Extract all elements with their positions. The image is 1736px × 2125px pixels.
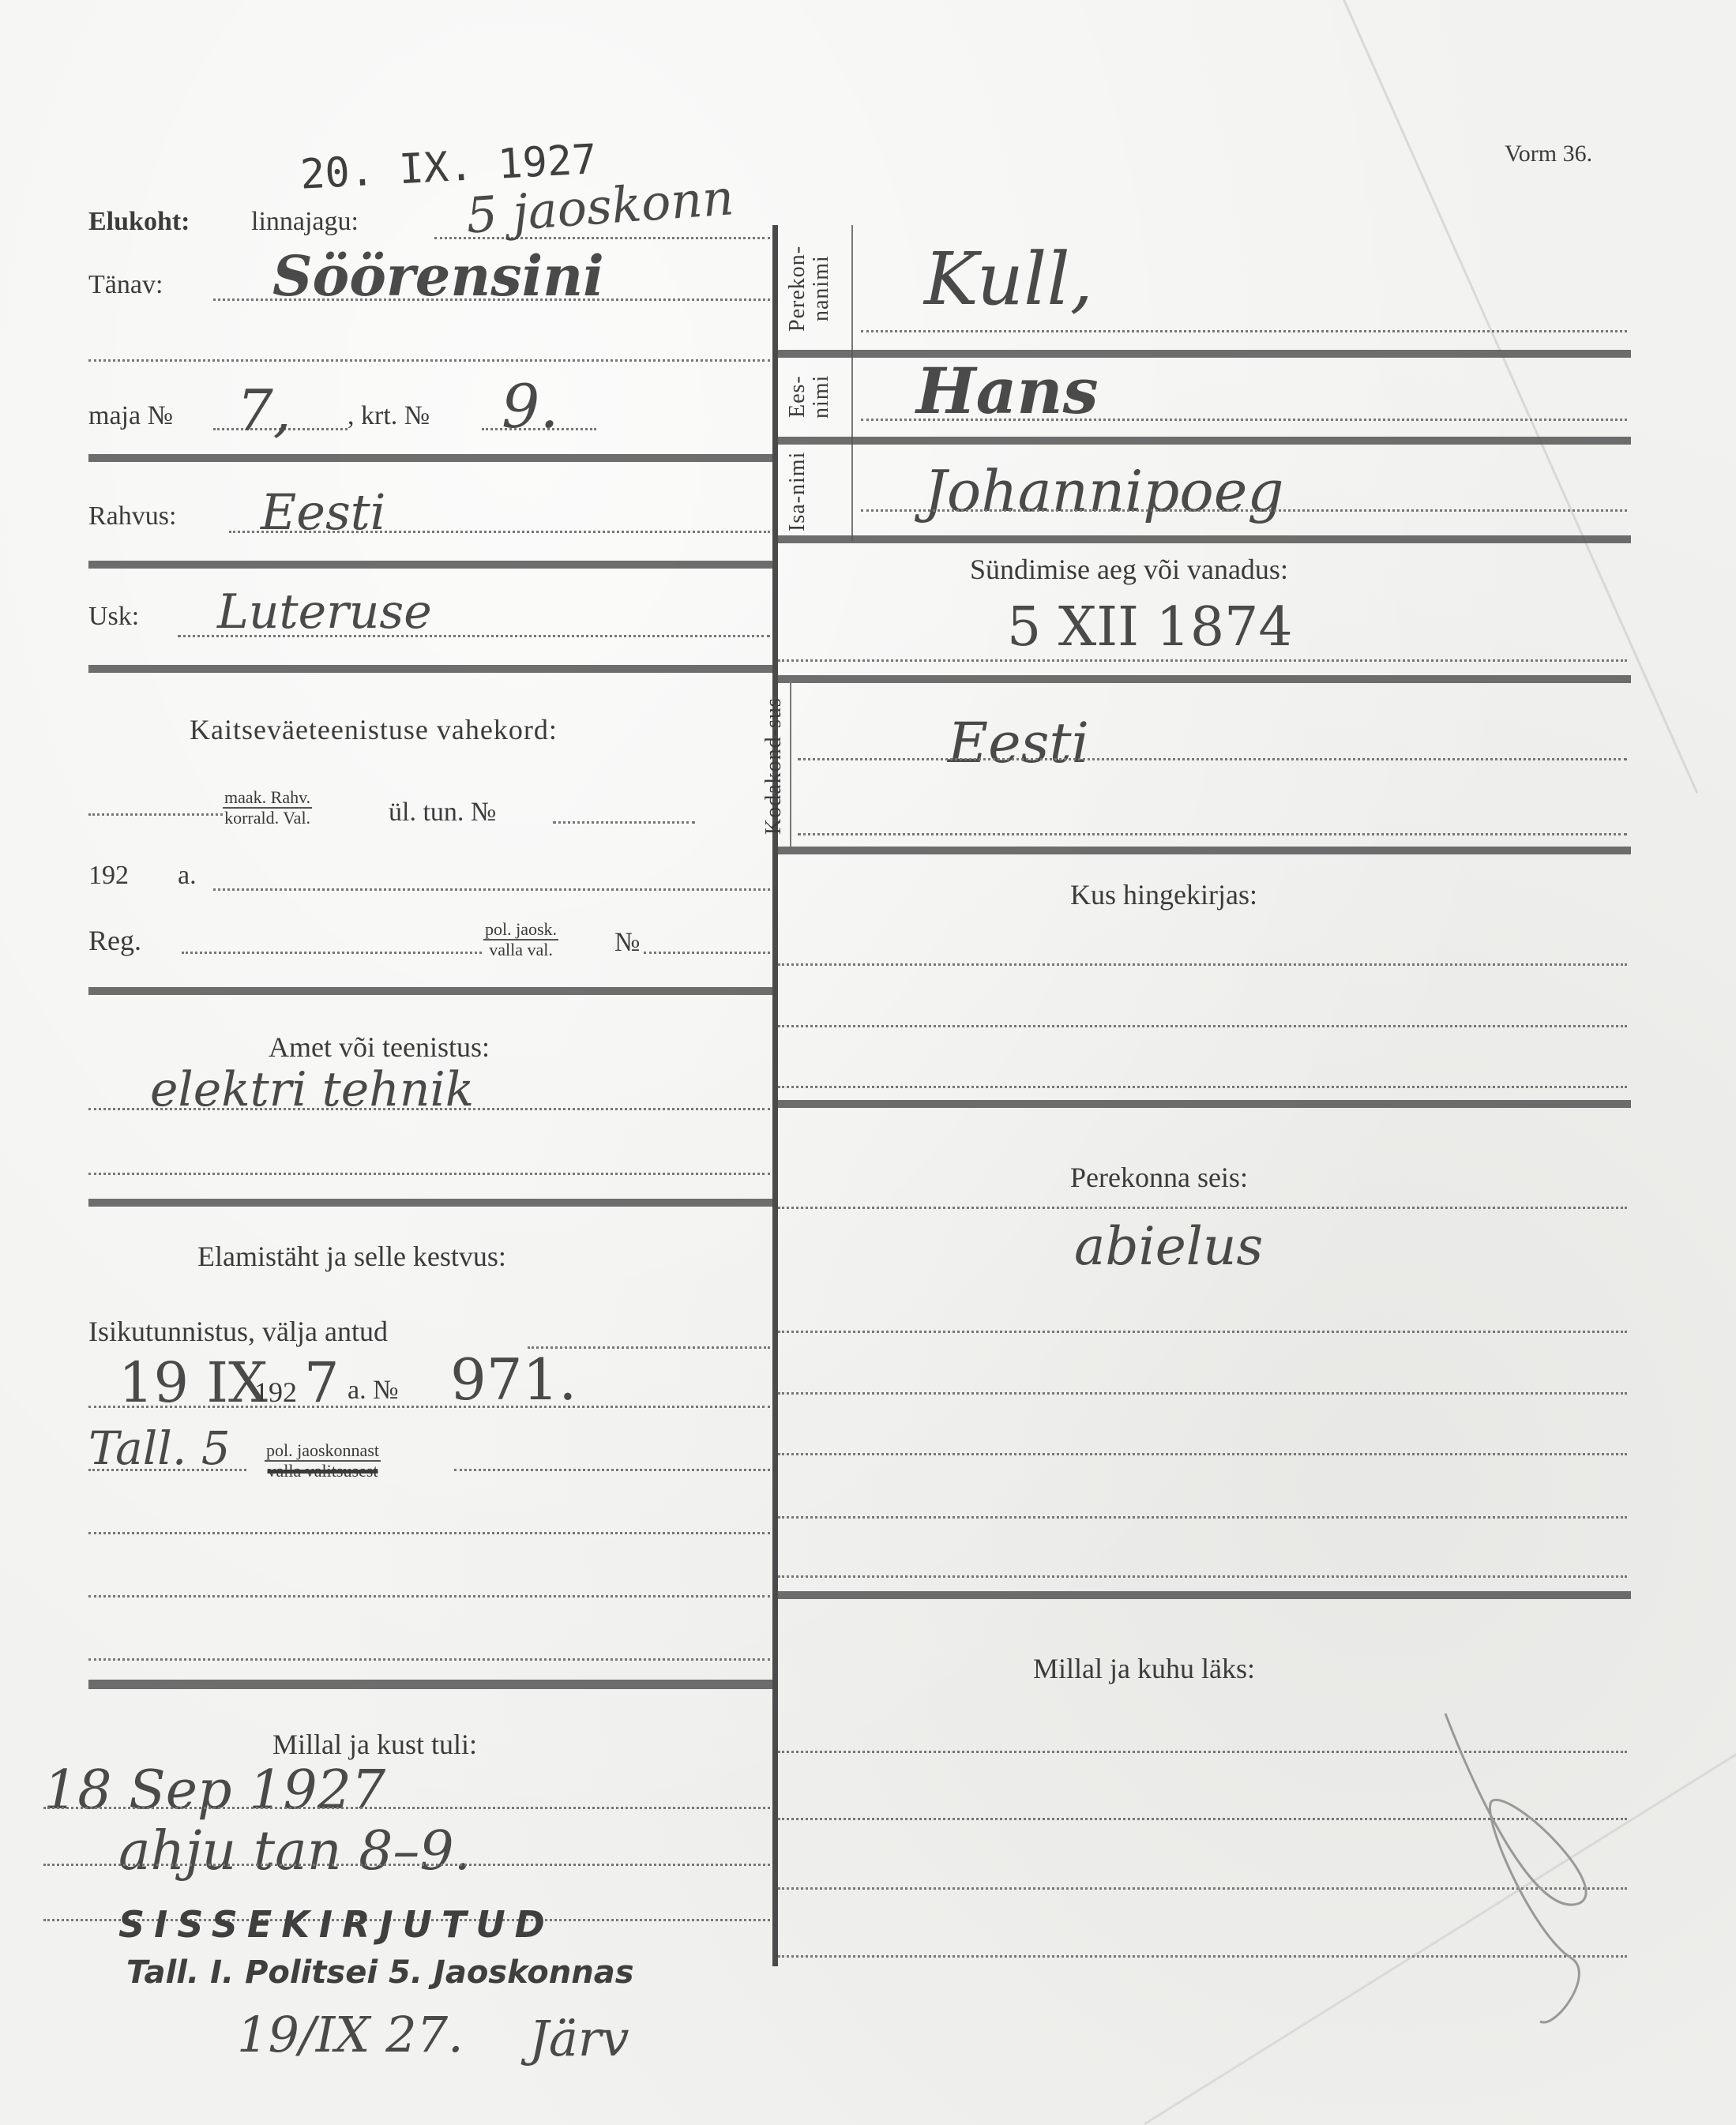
perekonnanimi-value[interactable]: Kull, [924, 237, 1093, 321]
reg-no-line [644, 952, 770, 954]
year-label: 192 [88, 861, 129, 891]
divider [88, 454, 772, 462]
reg-label: Reg. [88, 924, 141, 957]
isik-issuer[interactable]: Tall. 5 [88, 1421, 231, 1475]
divider [778, 1100, 1631, 1108]
linnajagu-label: linnajagu: [251, 207, 359, 237]
reg-line [182, 952, 482, 954]
rahvus-value[interactable]: Eesti [261, 483, 386, 541]
amet-heading: Amet või teenistus: [269, 1031, 490, 1064]
maja-label: maja № [88, 401, 173, 431]
year-line [213, 888, 770, 891]
divider [778, 847, 1631, 854]
perekonna-heading: Perekonna seis: [1070, 1161, 1248, 1194]
krt-value[interactable]: 9. [502, 371, 559, 441]
divider [88, 665, 772, 673]
divider [88, 987, 772, 995]
perekonna-line-2 [778, 1331, 1627, 1333]
perekonna-value[interactable]: abielus [1074, 1216, 1263, 1277]
reg-frac-bottom: valla val. [489, 940, 553, 959]
tanav-line-2 [88, 359, 770, 362]
perekonna-line-3 [778, 1392, 1627, 1395]
divider [778, 675, 1631, 683]
perekonna-line-4 [778, 1453, 1627, 1455]
isik-line-2a [88, 1469, 246, 1471]
kaitse-frac-bottom: korrald. Val. [224, 809, 310, 828]
isanimi-label: Isa-nimi [786, 446, 849, 537]
divider [778, 437, 1631, 445]
isanimi-line [861, 509, 1627, 512]
laks-heading: Millal ja kuhu läks: [1033, 1652, 1255, 1685]
registration-stamp-title: SISSEKIRJUTUD [118, 1903, 554, 1946]
isik-year-prefix: 192 [254, 1376, 297, 1409]
registration-stamp-date: 19/IX 27. [237, 2006, 464, 2063]
isik-line-5 [88, 1658, 770, 1661]
divider [778, 1591, 1631, 1599]
rahvus-label: Rahvus: [88, 501, 176, 531]
ul-tun-line [553, 821, 695, 824]
kodakondsus-value[interactable]: Eesti [948, 711, 1089, 775]
reg-no-label: № [614, 928, 640, 958]
tuli-line-1[interactable]: 18 Sep 1927 [43, 1759, 385, 1822]
sundimise-value[interactable]: 5 XII 1874 [1007, 596, 1293, 659]
perekonna-line-6 [778, 1575, 1627, 1578]
tuli-heading: Millal ja kust tuli: [272, 1728, 477, 1761]
isik-fraction: pol. jaoskonnastvalla valitsusest [265, 1441, 381, 1481]
tuli-line-2-rule [43, 1864, 770, 1866]
usk-value[interactable]: Luteruse [217, 584, 432, 640]
isikutunnistus-label: Isikutunnistus, välja antud [88, 1315, 388, 1348]
isanimi-value[interactable]: Johannipoeg [924, 458, 1283, 524]
tuli-line-1-rule [43, 1807, 770, 1809]
ul-tun-label: ül. tun. № [389, 798, 496, 828]
perekonna-line-5 [778, 1516, 1627, 1519]
usk-label: Usk: [88, 602, 139, 632]
hingekirjas-line-3 [778, 1086, 1627, 1088]
divider [778, 535, 1631, 543]
isik-number[interactable]: 971. [450, 1346, 577, 1413]
perekonna-line-1 [778, 1207, 1627, 1209]
amet-value[interactable]: elektri tehnik [150, 1062, 474, 1117]
sundimise-heading: Sündimise aeg või vanadus: [970, 553, 1288, 586]
tuli-line-2[interactable]: ahju tan 8–9. [118, 1820, 471, 1883]
isik-frac-top: pol. jaoskonnast [265, 1441, 381, 1462]
isik-line-4 [88, 1595, 770, 1598]
tanav-label: Tänav: [88, 270, 163, 300]
reg-frac-top: pol. jaosk. [483, 920, 558, 940]
registration-stamp-office: Tall. I. Politsei 5. Jaoskonnas [126, 1954, 634, 1991]
isik-no-label: a. № [348, 1376, 399, 1406]
column-divider [772, 225, 778, 1966]
kodakondsus-label: Kodakond-sus [762, 687, 825, 845]
maja-value[interactable]: 7, [237, 377, 291, 444]
divider [88, 1199, 772, 1207]
eesnimi-value[interactable]: Hans [916, 354, 1099, 428]
isik-line-2b [454, 1469, 770, 1471]
registration-signature: Järv [529, 2010, 629, 2067]
eesnimi-line [861, 419, 1627, 421]
hingekirjas-line-2 [778, 1025, 1627, 1027]
kaitse-heading: Kaitseväeteenistuse vahekord: [190, 713, 558, 746]
krt-label: , krt. № [348, 401, 430, 431]
isik-line-1 [88, 1406, 770, 1408]
kodakondsus-line-1 [798, 758, 1627, 760]
tanav-value[interactable]: Söörensini [272, 243, 604, 309]
elukoht-label: Elukoht: [88, 207, 190, 237]
hingekirjas-line-1 [778, 963, 1627, 966]
elamistaht-heading: Elamistäht ja selle kestvus: [197, 1240, 506, 1273]
sundimise-line [778, 659, 1627, 662]
label-column-divider [851, 225, 853, 541]
kodakondsus-line-2 [798, 833, 1627, 835]
divider [778, 350, 1631, 358]
isik-year-digit[interactable]: 7 [304, 1350, 340, 1415]
perekonnanimi-label: Perekon-nanimi [786, 229, 849, 347]
form-number: Vorm 36. [1505, 141, 1592, 167]
eesnimi-label: Ees-nimi [786, 359, 849, 434]
year-suffix: a. [178, 861, 197, 891]
isik-frac-bottom: valla valitsusest [268, 1462, 378, 1481]
perekonnanimi-line [861, 330, 1627, 332]
kaitse-frac-top: maak. Rahv. [223, 788, 312, 809]
reg-fraction: pol. jaosk.valla val. [483, 920, 558, 959]
amet-line-2 [88, 1173, 770, 1175]
kaitse-line-1 [88, 813, 223, 816]
divider [88, 1680, 772, 1689]
hingekirjas-heading: Kus hingekirjas: [1070, 878, 1257, 911]
isik-line-3 [88, 1532, 770, 1534]
divider [88, 561, 772, 569]
kaitse-fraction: maak. Rahv.korrald. Val. [223, 788, 312, 828]
pencil-scribble [1422, 1698, 1659, 2053]
